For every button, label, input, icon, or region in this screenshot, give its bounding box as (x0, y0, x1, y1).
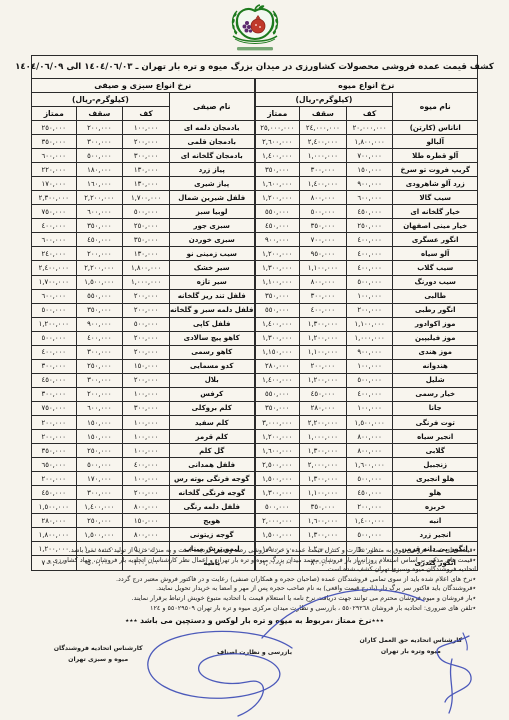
cell-floor: ٤٠٠,٠٠٠ (346, 261, 393, 275)
cell-floor: ٨٠٠,٠٠٠ (346, 444, 393, 458)
cell-ceiling: ٣٠٠,٠٠٠ (76, 486, 123, 500)
cell-floor: ٤٠٠,٠٠٠ (346, 247, 393, 261)
cell-floor: ١٠٠,٠٠٠ (346, 401, 393, 415)
cell-ceiling: ١,٢٠٠,٠٠٠ (300, 373, 347, 387)
cell-premium: ٢٥,٠٠٠,٠٠٠ (255, 121, 300, 135)
cell-premium: ١,٤٠٠,٠٠٠ (255, 373, 300, 387)
table-row: سبزی خوردن٣٥٠,٠٠٠٤٥٠,٠٠٠٦٠٠,٠٠٠ (32, 233, 255, 247)
union-logo (223, 3, 287, 53)
cell-floor: ٨٠٠,٠٠٠ (123, 528, 170, 542)
cell-premium: ١,٤٠٠,٠٠٠ (255, 149, 300, 163)
table-row: اناناس (کارتن)٢٠,٠٠٠,٠٠٠٢٤,٠٠٠,٠٠٠٢٥,٠٠٠… (255, 121, 478, 135)
fruit-price-table: نرخ انواع میوه نام میوه (کیلوگرم-ریال) ک… (255, 78, 479, 571)
premium-note: ٭٭٭نرخ ممتاز ،مربوط به میوه و تره بار لو… (33, 616, 476, 625)
veg-premium-header: ممتاز (32, 107, 77, 121)
cell-name: گل کلم (169, 444, 254, 458)
cell-ceiling: ٣٥٠,٠٠٠ (76, 219, 123, 233)
cell-name: لوبیا سبز (169, 205, 254, 219)
cell-premium: ٣٥٠,٠٠٠ (255, 401, 300, 415)
cell-premium: ٣٥٠,٠٠٠ (255, 163, 300, 177)
cell-ceiling: ١٥٠,٠٠٠ (76, 430, 123, 444)
table-row: گلابی٨٠٠,٠٠٠١,٣٠٠,٠٠٠١,٦٠٠,٠٠٠ (255, 444, 478, 458)
cell-premium: ١,٢٠٠,٠٠٠ (255, 430, 300, 444)
cell-ceiling: ١,١٠٠,٠٠٠ (300, 486, 347, 500)
cell-premium: ٥٠٠,٠٠٠ (32, 303, 77, 317)
cell-floor: ٣٥٠,٠٠٠ (123, 233, 170, 247)
cell-name: سیر تازه (169, 275, 254, 289)
table-row: هلو٤٥٠,٠٠٠١,١٠٠,٠٠٠١,٣٠٠,٠٠٠ (255, 486, 478, 500)
veg-ceiling-header: سقف (76, 107, 123, 121)
table-row: هندوانه١٠٠,٠٠٠٢٠٠,٠٠٠٢٨٠,٠٠٠ (255, 359, 478, 373)
page-title: کشف قیمت عمده فروشی محصولات کشاورزی در م… (15, 62, 494, 72)
cell-ceiling: ١,٣٠٠,٠٠٠ (300, 528, 347, 542)
cell-floor: ١٠٠,٠٠٠ (123, 415, 170, 429)
vegetable-price-table: نرخ انواع سبزی و صیفی نام صیفی (کیلوگرم-… (31, 78, 255, 571)
cell-name: خربزه (393, 500, 478, 514)
table-row: بادمجان قلمی٢٠٠,٠٠٠٣٠٠,٠٠٠٣٥٠,٠٠٠ (32, 135, 255, 149)
fruit-ceiling-header: سقف (300, 107, 347, 121)
cell-ceiling: ٢٤,٠٠٠,٠٠٠ (300, 121, 347, 135)
cell-floor: ٢٠٠,٠٠٠ (123, 373, 170, 387)
cell-premium: ٢٨٠,٠٠٠ (32, 514, 77, 528)
cell-ceiling: ٧٠٠,٠٠٠ (300, 233, 347, 247)
veg-unit-header: (کیلوگرم-ریال) (32, 93, 170, 107)
cell-premium: ٢,٣٠٠,٠٠٠ (32, 191, 77, 205)
cell-name: فلفل شیرین شمال (169, 191, 254, 205)
cell-ceiling: ٣٠٠,٠٠٠ (76, 373, 123, 387)
table-row: گل کلم١٠٠,٠٠٠٢٥٠,٠٠٠٣٥٠,٠٠٠ (32, 444, 255, 458)
cell-name: گریپ فروت تو سرخ (393, 163, 478, 177)
cell-name: انجیر سیاه (393, 430, 478, 444)
cell-name: سیب گلاب (393, 261, 478, 275)
cell-floor: ١٠٠,٠٠٠ (346, 359, 393, 373)
cell-name: فلفل کاپی (169, 317, 254, 331)
cell-premium: ٩٠٠,٠٠٠ (255, 233, 300, 247)
table-row: بلال٢٠٠,٠٠٠٣٠٠,٠٠٠٤٥٠,٠٠٠ (32, 373, 255, 387)
cell-premium: ٥٠٠,٠٠٠ (255, 500, 300, 514)
cell-floor: ٤٠٠,٠٠٠ (346, 233, 393, 247)
cell-name: آلو قطره طلا (393, 149, 478, 163)
cell-floor: ١٠٠,٠٠٠ (123, 444, 170, 458)
table-row: خیار مینی اصفهان٢٥٠,٠٠٠٣٥٠,٠٠٠٤٥٠,٠٠٠ (255, 219, 478, 233)
table-row: گریپ فروت تو سرخ١٥٠,٠٠٠٣٠٠,٠٠٠٣٥٠,٠٠٠ (255, 163, 478, 177)
cell-name: انگور رطبی (393, 303, 478, 317)
footnote-line: ٭قیمت های مذکور بر اساس استعلام روزانه ا… (33, 556, 476, 575)
cell-premium: ٣٥٠,٠٠٠ (32, 444, 77, 458)
cell-ceiling: ٢,٢٠٠,٠٠٠ (76, 261, 123, 275)
cell-ceiling: ٣٥٠,٠٠٠ (300, 500, 347, 514)
cell-premium: ٦٠٠,٠٠٠ (32, 233, 77, 247)
cell-ceiling: ٨٠٠,٠٠٠ (300, 191, 347, 205)
table-row: فلفل تند ریز گلخانه٢٠٠,٠٠٠٥٥٠,٠٠٠٦٠٠,٠٠٠ (32, 289, 255, 303)
cell-floor: ١,٧٠٠,٠٠٠ (123, 191, 170, 205)
cell-name: شلیل (393, 373, 478, 387)
cell-ceiling: ٤٠٠,٠٠٠ (300, 303, 347, 317)
cell-premium: ٦٠٠,٠٠٠ (32, 149, 77, 163)
cell-floor: ١,٤٠٠,٠٠٠ (346, 514, 393, 528)
table-row: سیر خشک١,٨٠٠,٠٠٠٢,٢٠٠,٠٠٠٢,٤٠٠,٠٠٠ (32, 261, 255, 275)
cell-floor: ٢٠٠,٠٠٠ (123, 289, 170, 303)
table-row: موز اکوادور١,١٠٠,٠٠٠١,٣٠٠,٠٠٠١,٤٠٠,٠٠٠ (255, 317, 478, 331)
cell-premium: ٢٠٠,٠٠٠ (32, 430, 77, 444)
cell-ceiling: ٥٥٠,٠٠٠ (76, 289, 123, 303)
cell-premium: ٤٥٠,٠٠٠ (32, 486, 77, 500)
cell-premium: ١,٣٠٠,٠٠٠ (255, 261, 300, 275)
table-row: انبه١,٤٠٠,٠٠٠١,٦٠٠,٠٠٠٢,٠٠٠,٠٠٠ (255, 514, 478, 528)
cell-name: آلو سیاه (393, 247, 478, 261)
title-box: کشف قیمت عمده فروشی محصولات کشاورزی در م… (31, 55, 478, 79)
cell-name: هندوانه (393, 359, 478, 373)
price-tables: نرخ انواع میوه نام میوه (کیلوگرم-ریال) ک… (31, 78, 478, 571)
cell-ceiling: ٢,٢٠٠,٠٠٠ (76, 191, 123, 205)
cell-ceiling: ٢,٢٠٠,٠٠٠ (300, 415, 347, 429)
table-row: هویج١٥٠,٠٠٠٢٥٠,٠٠٠٢٨٠,٠٠٠ (32, 514, 255, 528)
cell-name: کلم قرمز (169, 430, 254, 444)
cell-premium: ٢٠٠,٠٠٠ (32, 472, 77, 486)
table-row: کدو مسمایی١٥٠,٠٠٠٢٥٠,٠٠٠٣٠٠,٠٠٠ (32, 359, 255, 373)
cell-floor: ٢٠٠,٠٠٠ (123, 331, 170, 345)
cell-ceiling: ١,٥٠٠,٠٠٠ (76, 528, 123, 542)
table-row: آلو سیاه٤٠٠,٠٠٠٩٥٠,٠٠٠١,٢٠٠,٠٠٠ (255, 247, 478, 261)
table-row: آلبالو١,٨٠٠,٠٠٠٢,٤٠٠,٠٠٠٢,٦٠٠,٠٠٠ (255, 135, 478, 149)
cell-name: گوجه زیتونی (169, 528, 254, 542)
signature-left: کارشناس اتحادیه فروشندگان میوه و سبزی ته… (20, 644, 176, 665)
cell-floor: ٥٠٠,٠٠٠ (346, 472, 393, 486)
cell-floor: ١,٠٠٠,٠٠٠ (123, 275, 170, 289)
cell-name: فلفل تند ریز گلخانه (169, 289, 254, 303)
cell-name: سیب گالا (393, 191, 478, 205)
table-row: بادمجان دلمه ای١٠٠,٠٠٠٢٠٠,٠٠٠٢٥٠,٠٠٠ (32, 121, 255, 135)
cell-premium: ١,٢٠٠,٠٠٠ (32, 317, 77, 331)
cell-name: هلو (393, 486, 478, 500)
cell-name: انگور عسگری (393, 233, 478, 247)
cell-premium: ١,٣٠٠,٠٠٠ (255, 331, 300, 345)
cell-ceiling: ٣٠٠,٠٠٠ (300, 163, 347, 177)
cell-name: اناناس (کارتن) (393, 121, 478, 135)
cell-floor: ١,٨٠٠,٠٠٠ (123, 261, 170, 275)
cell-ceiling: ١,٤٠٠,٠٠٠ (76, 500, 123, 514)
cell-premium: ١,٦٠٠,٠٠٠ (255, 444, 300, 458)
fruit-section-title: نرخ انواع میوه (255, 79, 478, 93)
cell-name: بادمجان دلمه ای (169, 121, 254, 135)
cell-floor: ١,٥٠٠,٠٠٠ (346, 415, 393, 429)
cell-ceiling: ١,٣٠٠,٠٠٠ (300, 444, 347, 458)
signature-right-line1: کارشناس اتحادیه حق العمل کاران (333, 636, 489, 647)
footnotes: ٭قیمت های عمده فروشی فوق به منظور نظارت … (33, 546, 476, 625)
footnote-line: ٭فروشندگان باید فاکتور سر برگ دار (بادرج… (33, 584, 476, 594)
cell-premium: ٣٥٠,٠٠٠ (32, 135, 77, 149)
cell-name: کاهو پیچ سالادی (169, 331, 254, 345)
cell-floor: ٢٠٠,٠٠٠ (123, 345, 170, 359)
cell-premium: ١,٤٠٠,٠٠٠ (255, 317, 300, 331)
cell-premium: ٣٠٠,٠٠٠ (32, 359, 77, 373)
cell-name: آلبالو (393, 135, 478, 149)
table-row: پیاز شیری١٣٠,٠٠٠١٦٠,٠٠٠١٧٠,٠٠٠ (32, 177, 255, 191)
cell-premium: ٤٥٠,٠٠٠ (32, 373, 77, 387)
table-row: کلم قرمز١٠٠,٠٠٠١٥٠,٠٠٠٢٠٠,٠٠٠ (32, 430, 255, 444)
table-row: گوجه فرنگی گلخانه٢٠٠,٠٠٠٣٠٠,٠٠٠٤٥٠,٠٠٠ (32, 486, 255, 500)
cell-premium: ٣,٠٠٠,٠٠٠ (255, 415, 300, 429)
cell-ceiling: ٢٥٠,٠٠٠ (76, 359, 123, 373)
cell-name: کلم سفید (169, 415, 254, 429)
cell-floor: ١٣٠,٠٠٠ (123, 177, 170, 191)
cell-name: کاهو رسمی (169, 345, 254, 359)
table-row: سیب دورنگ٥٠٠,٠٠٠٨٠٠,٠٠٠١,١٠٠,٠٠٠ (255, 275, 478, 289)
table-row: جانا١٠٠,٠٠٠٢٨٠,٠٠٠٣٥٠,٠٠٠ (255, 401, 478, 415)
cell-premium: ١,٢٠٠,٠٠٠ (255, 247, 300, 261)
cell-premium: ٢,٤٠٠,٠٠٠ (32, 261, 77, 275)
cell-floor: ٧٠٠,٠٠٠ (346, 149, 393, 163)
fruit-floor-header: کف (346, 107, 393, 121)
cell-premium: ٢,٦٠٠,٠٠٠ (255, 135, 300, 149)
cell-floor: ٩٠٠,٠٠٠ (346, 177, 393, 191)
cell-premium: ٢٥٠,٠٠٠ (32, 121, 77, 135)
cell-floor: ١٠٠,٠٠٠ (123, 472, 170, 486)
table-row: موز هندی٩٠٠,٠٠٠١,١٠٠,٠٠٠١,١٥٠,٠٠٠ (255, 345, 478, 359)
cell-ceiling: ١,٤٠٠,٠٠٠ (300, 177, 347, 191)
cell-floor: ١٠٠,٠٠٠ (123, 387, 170, 401)
table-row: فلفل کاپی٥٠٠,٠٠٠٩٠٠,٠٠٠١,٢٠٠,٠٠٠ (32, 317, 255, 331)
cell-premium: ٦٠٠,٠٠٠ (32, 289, 77, 303)
fruit-table-body: اناناس (کارتن)٢٠,٠٠٠,٠٠٠٢٤,٠٠٠,٠٠٠٢٥,٠٠٠… (255, 121, 478, 571)
footnote-list: ٭قیمت های عمده فروشی فوق به منظور نظارت … (33, 546, 476, 613)
table-row: فلفل دلمه سبز و گلخانه٢٠٠,٠٠٠٣٥٠,٠٠٠٥٠٠,… (32, 303, 255, 317)
cell-ceiling: ١٨٠,٠٠٠ (76, 163, 123, 177)
cell-ceiling: ١,١٠٠,٠٠٠ (300, 345, 347, 359)
cell-ceiling: ٥٠٠,٠٠٠ (76, 458, 123, 472)
cell-ceiling: ٢٥٠,٠٠٠ (76, 444, 123, 458)
cell-name: سبزی خوردن (169, 233, 254, 247)
cell-name: زنجبیل (393, 458, 478, 472)
veg-section-title: نرخ انواع سبزی و صیفی (32, 79, 255, 93)
cell-floor: ٨٠٠,٠٠٠ (346, 430, 393, 444)
cell-name: گلابی (393, 444, 478, 458)
cell-name: پیاز شیری (169, 177, 254, 191)
cell-premium: ٧٥٠,٠٠٠ (32, 401, 77, 415)
cell-ceiling: ٥٠٠,٠٠٠ (300, 205, 347, 219)
cell-floor: ٥٠٠,٠٠٠ (346, 528, 393, 542)
cell-ceiling: ١,٥٠٠,٠٠٠ (76, 275, 123, 289)
cell-ceiling: ٤٠٠,٠٠٠ (76, 331, 123, 345)
cell-ceiling: ١٥٠,٠٠٠ (76, 415, 123, 429)
cell-ceiling: ١,٣٠٠,٠٠٠ (300, 317, 347, 331)
cell-floor: ١,٠٠٠,٠٠٠ (346, 331, 393, 345)
table-row: لوبیا سبز٥٠٠,٠٠٠٦٠٠,٠٠٠٧٥٠,٠٠٠ (32, 205, 255, 219)
cell-ceiling: ٣٠٠,٠٠٠ (76, 345, 123, 359)
table-row: کاهو پیچ سالادی٢٠٠,٠٠٠٤٠٠,٠٠٠٥٠٠,٠٠٠ (32, 331, 255, 345)
cell-premium: ١,١٠٠,٠٠٠ (255, 275, 300, 289)
cell-name: انبه (393, 514, 478, 528)
table-row: سیب زمینی نو١٣٠,٠٠٠٢٠٠,٠٠٠٢٤٠,٠٠٠ (32, 247, 255, 261)
cell-premium: ٣٥٠,٠٠٠ (255, 289, 300, 303)
cell-premium: ٦٥٠,٠٠٠ (32, 458, 77, 472)
cell-premium: ١,٢٠٠,٠٠٠ (255, 191, 300, 205)
table-row: انگور عسگری٤٠٠,٠٠٠٧٠٠,٠٠٠٩٠٠,٠٠٠ (255, 233, 478, 247)
table-row: فلفل همدانی٤٠٠,٠٠٠٥٠٠,٠٠٠٦٥٠,٠٠٠ (32, 458, 255, 472)
cell-premium: ٥٥٠,٠٠٠ (255, 303, 300, 317)
cell-name: موز هندی (393, 345, 478, 359)
table-row: کلم بروکلی٣٠٠,٠٠٠٦٠٠,٠٠٠٧٥٠,٠٠٠ (32, 401, 255, 415)
cell-floor: ١,٦٠٠,٠٠٠ (346, 458, 393, 472)
signature-center: بازرسی و نظارت اصناف (176, 648, 332, 659)
cell-floor: ٤٠٠,٠٠٠ (346, 387, 393, 401)
signature-right: کارشناس اتحادیه حق العمل کاران میوه وتره… (333, 636, 489, 657)
table-row: کرفس١٠٠,٠٠٠٢٠٠,٠٠٠٣٠٠,٠٠٠ (32, 387, 255, 401)
cell-name: فلفل همدانی (169, 458, 254, 472)
table-row: خیار گلخانه ای٤٥٠,٠٠٠٥٠٠,٠٠٠٥٥٠,٠٠٠ (255, 205, 478, 219)
cell-ceiling: ١,٠٠٠,٠٠٠ (300, 430, 347, 444)
cell-name: طالبی (393, 289, 478, 303)
signature-right-tail (449, 659, 452, 713)
table-row: سیب گالا٦٠٠,٠٠٠٨٠٠,٠٠٠١,٢٠٠,٠٠٠ (255, 191, 478, 205)
cell-ceiling: ٢٠٠,٠٠٠ (76, 247, 123, 261)
table-row: پیاز زرد١٣٠,٠٠٠١٨٠,٠٠٠٢٢٠,٠٠٠ (32, 163, 255, 177)
footnote-line: ٭نرخ های اعلام شده باید از سوی تمامی فرو… (33, 575, 476, 585)
cell-ceiling: ١٧٠,٠٠٠ (76, 472, 123, 486)
table-row: موز فیلیپین١,٠٠٠,٠٠٠١,٢٠٠,٠٠٠١,٣٠٠,٠٠٠ (255, 331, 478, 345)
fruit-unit-header: (کیلوگرم-ریال) (255, 93, 393, 107)
cell-name: سیر خشک (169, 261, 254, 275)
cell-name: موز اکوادور (393, 317, 478, 331)
logo-caption-strip (237, 47, 273, 50)
cell-ceiling: ٩٥٠,٠٠٠ (300, 247, 347, 261)
veg-floor-header: کف (123, 107, 170, 121)
cell-floor: ٢٠٠,٠٠٠ (123, 486, 170, 500)
cell-floor: ٨٠٠,٠٠٠ (123, 500, 170, 514)
table-row: زنجبیل١,٦٠٠,٠٠٠٢,٠٠٠,٠٠٠٢,٥٠٠,٠٠٠ (255, 458, 478, 472)
table-row: گوجه فرنگی بوته رس١٠٠,٠٠٠١٧٠,٠٠٠٢٠٠,٠٠٠ (32, 472, 255, 486)
cell-ceiling: ٣٠٠,٠٠٠ (300, 289, 347, 303)
cell-floor: ١٠٠,٠٠٠ (346, 289, 393, 303)
table-row: توت فرنگی١,٥٠٠,٠٠٠٢,٢٠٠,٠٠٠٣,٠٠٠,٠٠٠ (255, 415, 478, 429)
table-row: فلفل دلمه رنگی٨٠٠,٠٠٠١,٤٠٠,٠٠٠١,٥٠٠,٠٠٠ (32, 500, 255, 514)
cell-premium: ٢٢٠,٠٠٠ (32, 163, 77, 177)
cell-name: سبزی جور (169, 219, 254, 233)
footnote-line: ٭قیمت های عمده فروشی فوق به منظور نظارت … (33, 546, 476, 556)
veg-table-body: بادمجان دلمه ای١٠٠,٠٠٠٢٠٠,٠٠٠٢٥٠,٠٠٠بادم… (32, 121, 255, 571)
table-row: گوجه زیتونی٨٠٠,٠٠٠١,٥٠٠,٠٠٠١,٨٠٠,٠٠٠ (32, 528, 255, 542)
cell-name: زرد آلو شاهرودی (393, 177, 478, 191)
cell-floor: ٢٠٠,٠٠٠ (123, 135, 170, 149)
cell-floor: ٦٠٠,٠٠٠ (346, 191, 393, 205)
cell-floor: ١٠٠,٠٠٠ (123, 430, 170, 444)
cell-ceiling: ٢٠٠,٠٠٠ (76, 387, 123, 401)
table-row: انجیر زرد٥٠٠,٠٠٠١,٣٠٠,٠٠٠١,٥٠٠,٠٠٠ (255, 528, 478, 542)
table-row: خربزه٢٠٠,٠٠٠٣٥٠,٠٠٠٥٠٠,٠٠٠ (255, 500, 478, 514)
cell-floor: ٢٠٠,٠٠٠ (346, 500, 393, 514)
cell-premium: ٥٠٠,٠٠٠ (32, 331, 77, 345)
cell-name: گوجه فرنگی گلخانه (169, 486, 254, 500)
table-row: کلم سفید١٠٠,٠٠٠١٥٠,٠٠٠٢٠٠,٠٠٠ (32, 415, 255, 429)
cell-premium: ٢٤٠,٠٠٠ (32, 247, 77, 261)
cell-ceiling: ٣٥٠,٠٠٠ (300, 219, 347, 233)
cell-name: بادمجان گلخانه ای (169, 149, 254, 163)
cell-ceiling: ٦٠٠,٠٠٠ (76, 401, 123, 415)
table-row: هلو انجیری٥٠٠,٠٠٠١,٣٠٠,٠٠٠١,٥٠٠,٠٠٠ (255, 472, 478, 486)
cell-floor: ٤٥٠,٠٠٠ (346, 205, 393, 219)
signature-right-line2: میوه وتره بار تهران (333, 647, 489, 658)
document-page: کشف قیمت عمده فروشی محصولات کشاورزی در م… (0, 0, 509, 720)
table-row: انجیر سیاه٨٠٠,٠٠٠١,٠٠٠,٠٠٠١,٢٠٠,٠٠٠ (255, 430, 478, 444)
cell-premium: ٢,٥٠٠,٠٠٠ (255, 458, 300, 472)
cell-floor: ١٠٠,٠٠٠ (123, 121, 170, 135)
cell-floor: ٣٠٠,٠٠٠ (123, 401, 170, 415)
cell-name: سیب دورنگ (393, 275, 478, 289)
cell-floor: ١٣٠,٠٠٠ (123, 163, 170, 177)
signature-row: کارشناس اتحادیه حق العمل کاران میوه وتره… (20, 636, 489, 665)
table-row: طالبی١٠٠,٠٠٠٣٠٠,٠٠٠٣٥٠,٠٠٠ (255, 289, 478, 303)
cell-name: انجیر زرد (393, 528, 478, 542)
cell-floor: ٥٠٠,٠٠٠ (346, 275, 393, 289)
cell-floor: ١,٨٠٠,٠٠٠ (346, 135, 393, 149)
cell-ceiling: ١,٦٠٠,٠٠٠ (300, 514, 347, 528)
table-row: زرد آلو شاهرودی٩٠٠,٠٠٠١,٤٠٠,٠٠٠١,٦٠٠,٠٠٠ (255, 177, 478, 191)
cell-name: بادمجان قلمی (169, 135, 254, 149)
cell-premium: ٢٠٠,٠٠٠ (32, 415, 77, 429)
cell-name: هویج (169, 514, 254, 528)
union-logo-icon (223, 3, 287, 53)
cell-name: هلو انجیری (393, 472, 478, 486)
cell-name: موز فیلیپین (393, 331, 478, 345)
table-row: آلو قطره طلا٧٠٠,٠٠٠١,٠٠٠,٠٠٠١,٤٠٠,٠٠٠ (255, 149, 478, 163)
cell-ceiling: ٢٠٠,٠٠٠ (300, 359, 347, 373)
table-row: سیر تازه١,٠٠٠,٠٠٠١,٥٠٠,٠٠٠١,٧٠٠,٠٠٠ (32, 275, 255, 289)
cell-name: کرفس (169, 387, 254, 401)
cell-name: جانا (393, 401, 478, 415)
cell-premium: ١,٥٠٠,٠٠٠ (255, 472, 300, 486)
table-row: کاهو رسمی٢٠٠,٠٠٠٣٠٠,٠٠٠٤٠٠,٠٠٠ (32, 345, 255, 359)
cell-ceiling: ٢,٤٠٠,٠٠٠ (300, 135, 347, 149)
cell-ceiling: ١٦٠,٠٠٠ (76, 177, 123, 191)
cell-floor: ٣٠٠,٠٠٠ (123, 149, 170, 163)
cell-name: فلفل دلمه رنگی (169, 500, 254, 514)
cell-ceiling: ٥٠٠,٠٠٠ (76, 149, 123, 163)
cell-premium: ١,٨٠٠,٠٠٠ (32, 528, 77, 542)
cell-ceiling: ١,٢٠٠,٠٠٠ (300, 331, 347, 345)
cell-ceiling: ٢٠٠,٠٠٠ (76, 121, 123, 135)
cell-name: خیار مینی اصفهان (393, 219, 478, 233)
cell-premium: ٤٠٠,٠٠٠ (32, 345, 77, 359)
table-row: سیب گلاب٤٠٠,٠٠٠١,١٠٠,٠٠٠١,٣٠٠,٠٠٠ (255, 261, 478, 275)
cell-floor: ٥٠٠,٠٠٠ (123, 205, 170, 219)
cell-premium: ٧٥٠,٠٠٠ (32, 205, 77, 219)
cell-floor: ٢٠٠,٠٠٠ (346, 303, 393, 317)
cell-ceiling: ٨٠٠,٠٠٠ (300, 275, 347, 289)
veg-name-header: نام صیفی (169, 93, 254, 121)
footnote-line: ٭بار فروشان و میوه فروشان محترم می توانن… (33, 594, 476, 604)
cell-name: پیاز زرد (169, 163, 254, 177)
cell-name: توت فرنگی (393, 415, 478, 429)
table-row: انگور رطبی٢٠٠,٠٠٠٤٠٠,٠٠٠٥٥٠,٠٠٠ (255, 303, 478, 317)
cell-premium: ٣٠٠,٠٠٠ (32, 387, 77, 401)
cell-floor: ٥٠٠,٠٠٠ (123, 317, 170, 331)
cell-floor: ٢٠,٠٠٠,٠٠٠ (346, 121, 393, 135)
signature-center-label: بازرسی و نظارت اصناف (176, 648, 332, 659)
cell-premium: ١٧٠,٠٠٠ (32, 177, 77, 191)
cell-floor: ٢٥٠,٠٠٠ (123, 219, 170, 233)
cell-ceiling: ٢,٠٠٠,٠٠٠ (300, 458, 347, 472)
cell-floor: ٥٠٠,٠٠٠ (346, 373, 393, 387)
cell-name: کدو مسمایی (169, 359, 254, 373)
cell-premium: ٥٥٠,٠٠٠ (255, 205, 300, 219)
cell-name: سیب زمینی نو (169, 247, 254, 261)
cell-name: خیار گلخانه ای (393, 205, 478, 219)
cell-floor: ٩٠٠,٠٠٠ (346, 345, 393, 359)
table-row: بادمجان گلخانه ای٣٠٠,٠٠٠٥٠٠,٠٠٠٦٠٠,٠٠٠ (32, 149, 255, 163)
cell-floor: ١٥٠,٠٠٠ (346, 163, 393, 177)
cell-premium: ١,٧٠٠,٠٠٠ (32, 275, 77, 289)
cell-ceiling: ١,٠٠٠,٠٠٠ (300, 149, 347, 163)
